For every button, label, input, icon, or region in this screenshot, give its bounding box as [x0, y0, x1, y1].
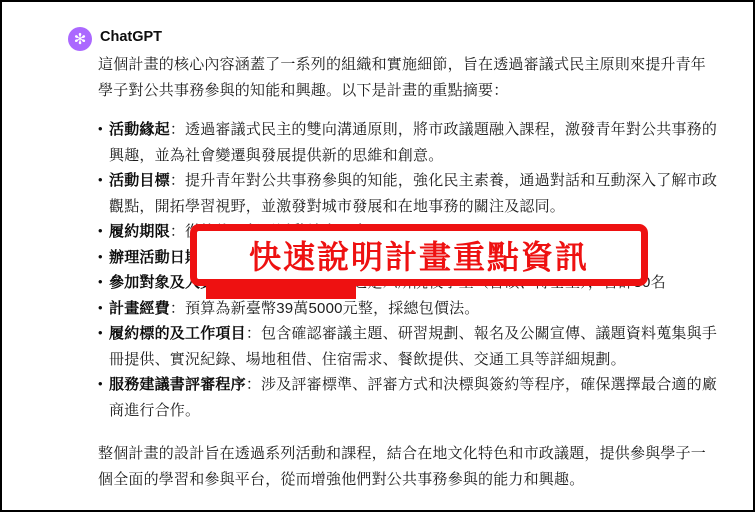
list-item-term: 履約期限: [109, 223, 170, 240]
bullet-icon: •: [98, 116, 103, 142]
list-item-term: 活動目標: [109, 172, 170, 189]
list-item-desc: ：預算為新臺幣39萬5000元整，採總包價法。: [170, 300, 480, 317]
list-item-review-procedure: • 服務建議書評審程序：涉及評審標準、評審方式和決標與簽約等程序，確保選擇最合適…: [98, 372, 722, 423]
bullet-icon: •: [98, 371, 103, 397]
message-closing-paragraph: 整個計畫的設計旨在透過系列活動和課程，結合在地文化特色和市政議題，提供參與學子一…: [98, 441, 710, 492]
red-redaction-bar: [206, 284, 356, 299]
list-item-desc: ：提升青年對公共事務參與的知能，強化民主素養，通過對話和互動深入了解市政觀點，開…: [109, 172, 717, 215]
list-item-term: 履約標的及工作項目: [109, 325, 246, 342]
bullet-icon: •: [98, 295, 103, 321]
openai-logo-icon: ✻: [74, 32, 87, 47]
bullet-icon: •: [98, 244, 103, 270]
list-item-work-items: • 履約標的及工作項目：包含確認審議主題、研習規劃、報名及公關宣傳、議題資料蒐集…: [98, 321, 722, 372]
chatgpt-avatar: ✻: [68, 27, 92, 51]
list-item-term: 服務建議書評審程序: [109, 376, 246, 393]
annotation-label: 快速說明計畫重點資訊: [249, 232, 589, 278]
bullet-icon: •: [98, 167, 103, 193]
list-item-activity-goal: • 活動目標：提升青年對公共事務參與的知能，強化民主素養，通過對話和互動深入了解…: [98, 168, 722, 219]
list-item-desc: ：透過審議式民主的雙向溝通原則，將市政議題融入課程，激發青年對公共事務的興趣，並…: [109, 121, 717, 164]
message-intro-paragraph: 這個計畫的核心內容涵蓋了一系列的組織和實施細節，旨在透過審議式民主原則來提升青年…: [98, 52, 710, 103]
list-item-budget: • 計畫經費：預算為新臺幣39萬5000元整，採總包價法。: [98, 296, 722, 322]
bullet-icon: •: [98, 320, 103, 346]
list-item-term: 活動緣起: [109, 121, 170, 138]
bullet-icon: •: [98, 218, 103, 244]
bullet-icon: •: [98, 269, 103, 295]
assistant-name: ChatGPT: [100, 29, 162, 45]
list-item-term: 計畫經費: [109, 300, 170, 317]
list-item-term: 辦理活動日期: [109, 249, 200, 266]
chatgpt-message-screenshot: ✻ ChatGPT 這個計畫的核心內容涵蓋了一系列的組織和實施細節，旨在透過審議…: [0, 0, 755, 512]
list-item-activity-origin: • 活動緣起：透過審議式民主的雙向溝通原則，將市政議題融入課程，激發青年對公共事…: [98, 117, 722, 168]
annotation-callout-box: 快速說明計畫重點資訊: [190, 224, 648, 286]
